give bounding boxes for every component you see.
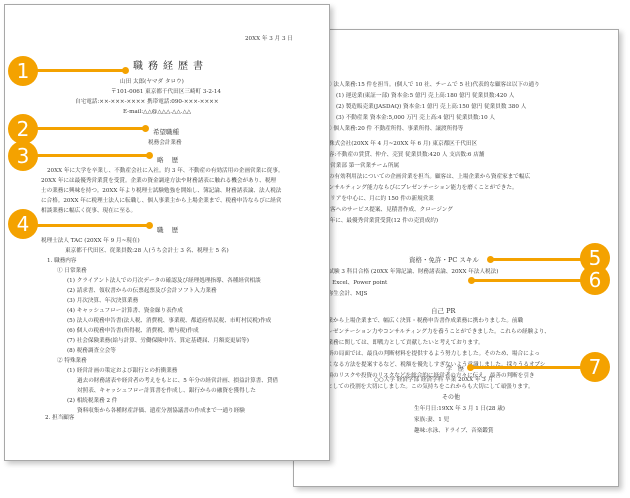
summary-line: 相談業務に幅広く従事、現在に至る。 [41, 208, 136, 215]
callout-2-number-badge: 2 [8, 114, 38, 144]
other-item: 生年月日:19XX 年 3 月 1 日(28 歳) [414, 406, 505, 413]
other-item: 家族:妻、1 児 [414, 417, 449, 424]
special-duties-heading: ② 特殊業務 [57, 358, 87, 365]
skill-item: ・税理士試験 3 科目合格 (20XX 年簿記論、財務諸表論、20XX 年法人税… [306, 269, 498, 276]
summary-line: 士の業務に興味を持つ。20XX 年より税理士試験勉強を開始し、簿記論、財務諸表論… [41, 188, 281, 195]
daily-duty-item: (6) 個人の税務申告書(所得税、消費税、贈与税)作成 [67, 328, 199, 335]
clients-line: (1) 運送業(東証一部) 資本金:5 億円 売上高:180 億円 従業員数:4… [336, 93, 514, 100]
daily-duty-item: (4) キャッシュフロー計算書、資金繰り表作成 [67, 308, 183, 315]
callout-4-dot [146, 222, 153, 229]
special-duty-item: (2) 相続税業務 2 件 [67, 398, 117, 405]
pr-line: 業績では、プレゼンテーション力やコンサルティング力を養うことができました。これら… [294, 329, 550, 336]
document-title: 職務経歴書 [133, 63, 208, 70]
callout-4-number-badge: 4 [8, 209, 38, 239]
applicant-email: E-mail:△△@△△△.△△.△△ [123, 109, 191, 116]
daily-duty-item: (2) 請求書、領収書からの伝票起票及び会計ソフト入力業務 [67, 288, 217, 295]
education-value: ○○大学 経済学部 経済学科 卒業 20XX 年 3 月 [374, 377, 493, 384]
callout-5-dot [487, 256, 494, 263]
daily-duty-item: (7) 社会保険業務(給与計算、労働保険申告、算定基礎届、月額変更届等) [67, 338, 249, 345]
daily-duty-item: (8) 税務調査立会等 [67, 348, 116, 355]
document-date: 20XX 年 3 月 3 日 [245, 36, 293, 43]
callout-7-number-badge: 7 [580, 352, 610, 382]
career-company: 税理士法人 TAC (20XX 年 9 月~現在) [41, 238, 140, 245]
education-heading: 学 歴 [446, 366, 466, 373]
daily-duty-item: (1) クライアント法人での月次データの確認及び経理処理指導、各種経営相談 [67, 278, 261, 285]
desired-position-heading: 希望職種 [153, 129, 179, 136]
daily-duty-item: (5) 法人の税務申告書(法人税、消費税、事業税、都道府県民税、市町村民税)作成 [67, 318, 271, 325]
clients-line: ② 個人業務:20 件 不動産所得、事業所得、譲渡所得等 [326, 126, 463, 133]
other-heading: その他 [442, 394, 460, 401]
daily-duties-heading: ① 日常業務 [57, 268, 87, 275]
callout-1-dot [122, 67, 129, 74]
skills-heading: 資格・免許・PC スキル [409, 257, 479, 264]
clients-heading: 2. 担当顧客 [45, 415, 75, 422]
daily-duty-item: (3) 月次決算、年次決算業務 [67, 298, 138, 305]
applicant-name: 山田 太郎(ヤマダ タロウ) [120, 79, 184, 86]
callout-1-line [34, 69, 126, 72]
callout-7-line [472, 366, 590, 369]
callout-2-line [34, 127, 146, 130]
clients-line: (3) 不動産業 資本金:5,000 万円 売上高:4 億円 従業員数:10 人 [336, 115, 495, 122]
callout-3-line [34, 154, 150, 157]
applicant-phone: 自宅電話:××-×××-×××× 携帯電話:090-×××-×××× [75, 99, 219, 106]
other-item: 趣味:水泳、ドライブ、音楽鑑賞 [414, 428, 493, 435]
callout-3-dot [146, 152, 153, 159]
callout-3-number-badge: 3 [8, 141, 38, 171]
prev-company-line: 事業内容:不動産の賃貸、仲介、売買 従業員数:420 人 支店数:6 店舗 [312, 152, 484, 159]
clients-line: (2) 製造販売業(JASDAQ) 資本金:1 億円 売上高:150 億円 従業… [336, 104, 526, 111]
summary-heading: 略 歴 [157, 157, 181, 164]
applicant-address: 〒101-0061 東京都千代田区三崎町 3-2-14 [111, 89, 221, 96]
callout-4-line [34, 224, 150, 227]
special-duty-item: (1) 経営計画の策定および銀行との折衝業務 [67, 368, 177, 375]
special-duty-detail: 過去の財務諸表や経営者の考えをもとに、5 年分の経営計画、損益計算書、貸借 [77, 378, 278, 385]
summary-line: 20XX 年に大学を卒業し、不動産会社に入社。約 3 年、不動産の有効活用の企画… [47, 168, 284, 175]
duties-heading: 1. 職務内容 [47, 258, 77, 265]
callout-5-line [490, 258, 590, 261]
pr-heading: 自己 PR [431, 308, 455, 315]
special-duty-detail: 対照表、キャッシュフロー計算書を作成し、銀行からの融資を獲得した [77, 388, 256, 395]
callout-6-dot [468, 277, 475, 284]
callout-1-number-badge: 1 [8, 56, 38, 86]
clients-line: ① 法人業務:15 件を担当。(個人で 10 社、チームで 5 社)代表的な顧客… [326, 82, 540, 89]
pr-line: 大切な経営判断の局面では、最良の判断材料を提供するよう努力しました。そのため、場… [294, 351, 540, 358]
summary-line: 20XX 年には最優秀営業賞を受賞。企業の資金調達方法や財務諸表に触れる機会があ… [41, 178, 276, 185]
career-heading: 職 歴 [157, 227, 181, 234]
career-company-info: 東京都千代田区、従業員数:28 人(うち会計士 3 名、税理士 5 名) [65, 248, 229, 255]
callout-7-dot [467, 364, 474, 371]
desired-position-value: 税務会計業務 [148, 140, 182, 147]
prev-company-line: 不動産の有効利用法についての企画営業を担当。顧客は、上場企業から資産家まで幅広 [312, 174, 530, 181]
special-duty-detail: 資料収集から各種財産評価、遺産分割協議書の作成まで一通り経験 [77, 408, 245, 415]
callout-6-line [472, 279, 590, 282]
callout-6-number-badge: 6 [580, 265, 610, 295]
prev-company-line: く、コンサルティング能力ならびにプレゼンテーション能力を磨くことができた。 [312, 185, 518, 192]
summary-line: に合格。20XX 年に税理士法人に転職し、個人事業主から上場企業まで、税務申告な… [41, 198, 282, 205]
resume-page-1: 20XX 年 3 月 3 日 職務経歴書 山田 太郎(ヤマダ タロウ) 〒101… [4, 4, 330, 461]
callout-2-dot [142, 125, 149, 132]
